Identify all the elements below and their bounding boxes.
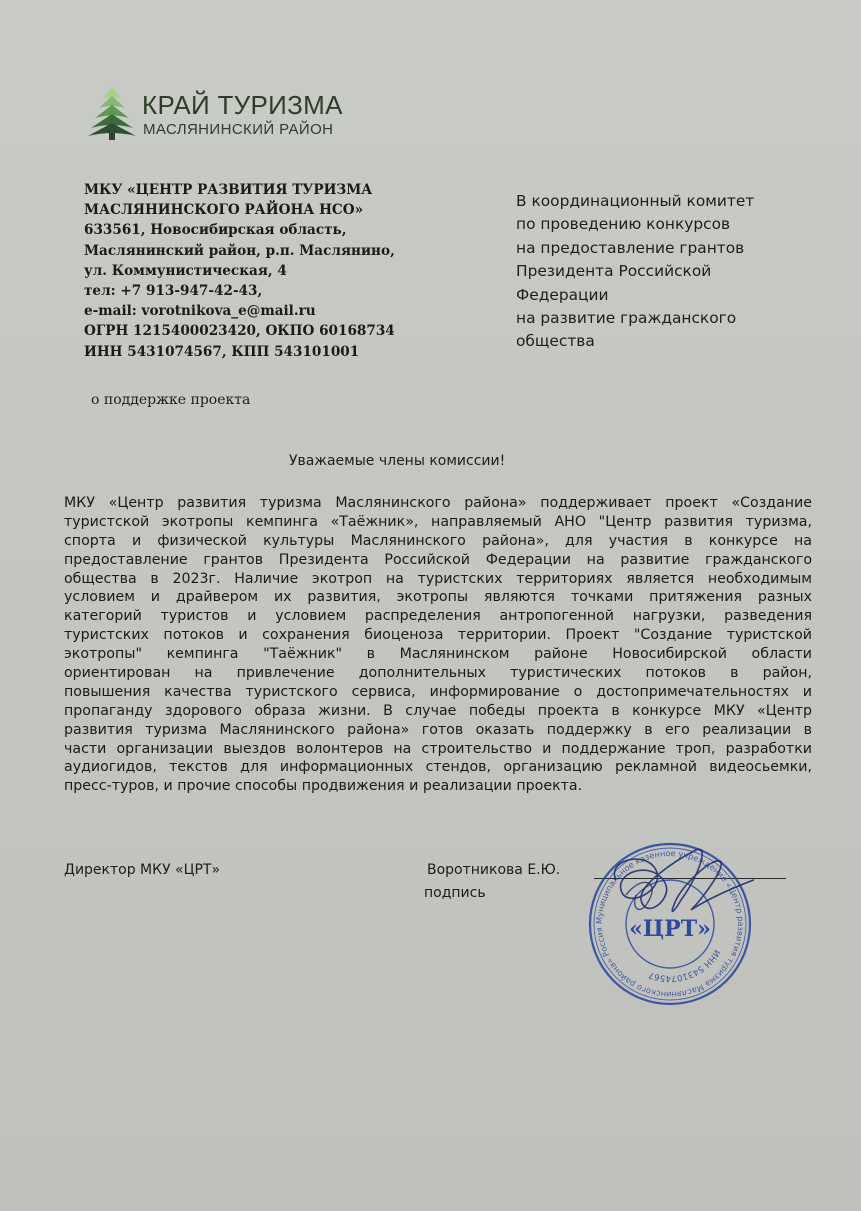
recipient-line: Президента Российской <box>516 260 754 283</box>
sender-email: e-mail: vorotnikova_e@mail.ru <box>84 301 395 321</box>
sender-org-line-1: МКУ «ЦЕНТР РАЗВИТИЯ ТУРИЗМА <box>84 180 395 200</box>
recipient-line: В координационный комитет <box>516 190 754 213</box>
stamp-center-text: «ЦРТ» <box>629 916 711 942</box>
letter-subject: о поддержке проекта <box>91 392 250 408</box>
body-line: туристской экотропы кемпинга «Таёжник», … <box>64 513 812 532</box>
body-line: пресс-туров, и прочие способы продвижени… <box>64 777 812 796</box>
body-line: общества в 2023г. Наличие экотроп на тур… <box>64 570 812 589</box>
body-line: предоставление грантов Президента Россий… <box>64 551 812 570</box>
logo-title: КРАЙ ТУРИЗМА <box>142 90 343 121</box>
sender-address-line-2: Маслянинский район, р.п. Маслянино, <box>84 241 395 261</box>
sender-address-line-1: 633561, Новосибирская область, <box>84 220 395 240</box>
body-line: ориентирован на привлечение дополнительн… <box>64 664 812 683</box>
letter-salutation: Уважаемые члены комиссии! <box>289 453 505 469</box>
recipient-line: по проведению конкурсов <box>516 213 754 236</box>
sender-details: МКУ «ЦЕНТР РАЗВИТИЯ ТУРИЗМА МАСЛЯНИНСКОГ… <box>84 180 395 362</box>
body-line: пропаганду здорового образа жизни. В слу… <box>64 702 812 721</box>
body-line: аудиогидов, текстов для информационных с… <box>64 758 812 777</box>
sender-phone: тел: +7 913-947-42-43, <box>84 281 395 301</box>
body-line: туристских потоков и сохранения биоценоз… <box>64 626 812 645</box>
recipient-line: общества <box>516 330 754 353</box>
signature-caption: подпись <box>424 885 486 901</box>
logo-subtitle: МАСЛЯНИНСКИЙ РАЙОН <box>143 121 333 138</box>
fir-tree-icon <box>88 86 136 140</box>
organization-logo: КРАЙ ТУРИЗМА МАСЛЯНИНСКИЙ РАЙОН <box>88 86 368 142</box>
recipient-line: на развитие гражданского <box>516 307 754 330</box>
body-line: МКУ «Центр развития туризма Маслянинског… <box>64 494 812 513</box>
letter-body: МКУ «Центр развития туризма Маслянинског… <box>64 494 812 796</box>
body-line: повышения качества туристского сервиса, … <box>64 683 812 702</box>
body-line: категорий туристов и условием распределе… <box>64 607 812 626</box>
body-line: спорта и физической культуры Маслянинско… <box>64 532 812 551</box>
recipient-line: на предоставление грантов <box>516 237 754 260</box>
sender-address-line-3: ул. Коммунистическая, 4 <box>84 261 395 281</box>
official-stamp: Муниципальное казенное учреждение «Центр… <box>586 840 754 1008</box>
body-line: развития туризма Маслянинского района» г… <box>64 721 812 740</box>
sender-ogrn-okpo: ОГРН 1215400023420, ОКПО 60168734 <box>84 321 395 341</box>
recipient-block: В координационный комитет по проведению … <box>516 190 754 354</box>
body-line: части организации выездов волонтеров на … <box>64 740 812 759</box>
body-line: экотропы" кемпинга "Таёжник" в Маслянинс… <box>64 645 812 664</box>
sender-inn-kpp: ИНН 5431074567, КПП 543101001 <box>84 342 395 362</box>
recipient-line: Федерации <box>516 284 754 307</box>
signatory-position: Директор МКУ «ЦРТ» <box>64 862 220 878</box>
body-line: условием и драйвером их развития, экотро… <box>64 588 812 607</box>
sender-org-line-2: МАСЛЯНИНСКОГО РАЙОНА НСО» <box>84 200 395 220</box>
signatory-name: Воротникова Е.Ю. <box>427 862 560 878</box>
